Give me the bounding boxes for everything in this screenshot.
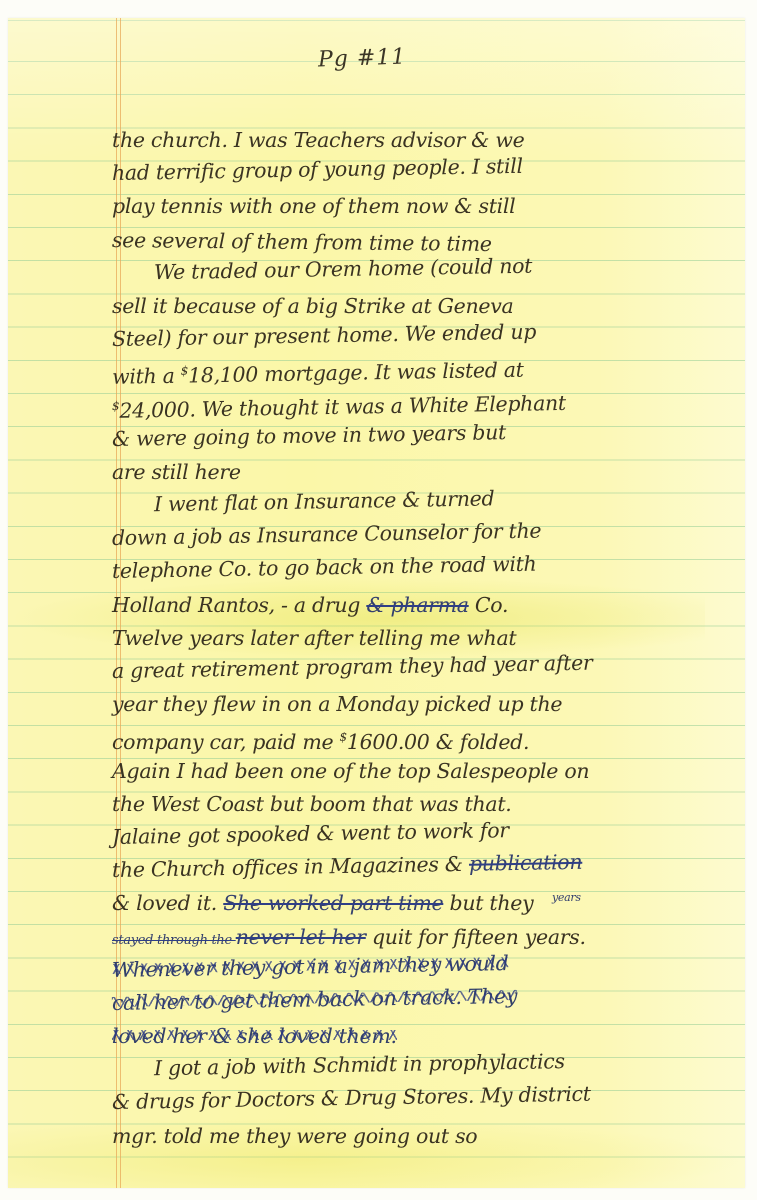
handwritten-line: & loved it. She worked part time but the…	[112, 887, 732, 920]
line-text: but they	[443, 891, 533, 915]
line-text: I went flat on Insurance & turned	[154, 486, 495, 516]
line-text: year they flew in on a Monday picked up …	[112, 692, 562, 716]
scribbled-out-text: loved her & she loved them.	[112, 1024, 397, 1048]
line-text: Holland Rantos, - a drug	[112, 593, 366, 617]
handwritten-line: company car, paid me $1600.00 & folded.	[112, 721, 732, 754]
line-text: mgr. told me they were going out so	[112, 1124, 477, 1148]
line-text: company car, paid me	[112, 730, 340, 754]
line-text: play tennis with one of them now & still	[112, 194, 515, 218]
handwritten-line: mgr. told me they were going out so	[112, 1120, 732, 1153]
line-text: Twelve years later after telling me what	[112, 626, 516, 650]
line-text: & drugs for Doctors & Drug Stores. My di…	[112, 1082, 591, 1114]
handwritten-line: year they flew in on a Monday picked up …	[112, 688, 732, 721]
line-text: quit for fifteen years.	[366, 925, 586, 949]
line-text: a great retirement program they had year…	[112, 651, 593, 683]
line-text: Again I had been one of the top Salespeo…	[112, 759, 589, 783]
line-text: down a job as Insurance Counselor for th…	[112, 519, 542, 550]
line-text: sell it because of a big Strike at Genev…	[112, 294, 513, 318]
line-text: We traded our Orem home (could not	[154, 253, 533, 284]
line-text: & loved it.	[112, 891, 223, 915]
line-text: the church. I was Teachers advisor & we	[112, 128, 524, 152]
line-text: Co.	[469, 593, 509, 617]
crossed-out-text: She worked part time	[223, 891, 443, 915]
line-text: had terrific group of young people. I st…	[112, 154, 523, 185]
crossed-out-insert: stayed through the	[112, 933, 236, 948]
line-text: telephone Co. to go back on the road wit…	[112, 552, 537, 583]
handwritten-line: play tennis with one of them now & still	[112, 190, 732, 223]
scribbled-out-text: Whenever they got in a jam they would	[112, 951, 509, 982]
line-text: & were going to move in two years but	[112, 420, 506, 451]
line-text: Steel) for our present home. We ended up	[112, 320, 536, 351]
line-text: with a	[112, 364, 181, 389]
scribbled-out-text: call her to get them back on track. They	[112, 984, 518, 1015]
line-text: the Church offices in Magazines &	[112, 852, 469, 882]
handwritten-line: Again I had been one of the top Salespeo…	[112, 755, 732, 788]
line-text: 1600.00 & folded.	[347, 730, 529, 754]
line-text: are still here	[112, 460, 241, 484]
line-text: Jalaine got spooked & went to work for	[112, 818, 509, 849]
dollar-sign: $	[340, 730, 347, 744]
crossed-out-text: never let her	[236, 925, 366, 949]
handwritten-line: Holland Rantos, - a drug & pharma Co.	[112, 589, 732, 622]
inserted-word: years	[552, 881, 581, 914]
page-number: Pg #11	[318, 44, 407, 72]
handwritten-text: the church. I was Teachers advisor & weh…	[112, 124, 732, 1153]
line-text: I got a job with Schmidt in prophylactic…	[154, 1049, 565, 1080]
crossed-out-text: & pharma	[366, 593, 468, 617]
crossed-out-text: publication	[469, 850, 583, 876]
line-text: the West Coast but boom that was that.	[112, 792, 512, 816]
